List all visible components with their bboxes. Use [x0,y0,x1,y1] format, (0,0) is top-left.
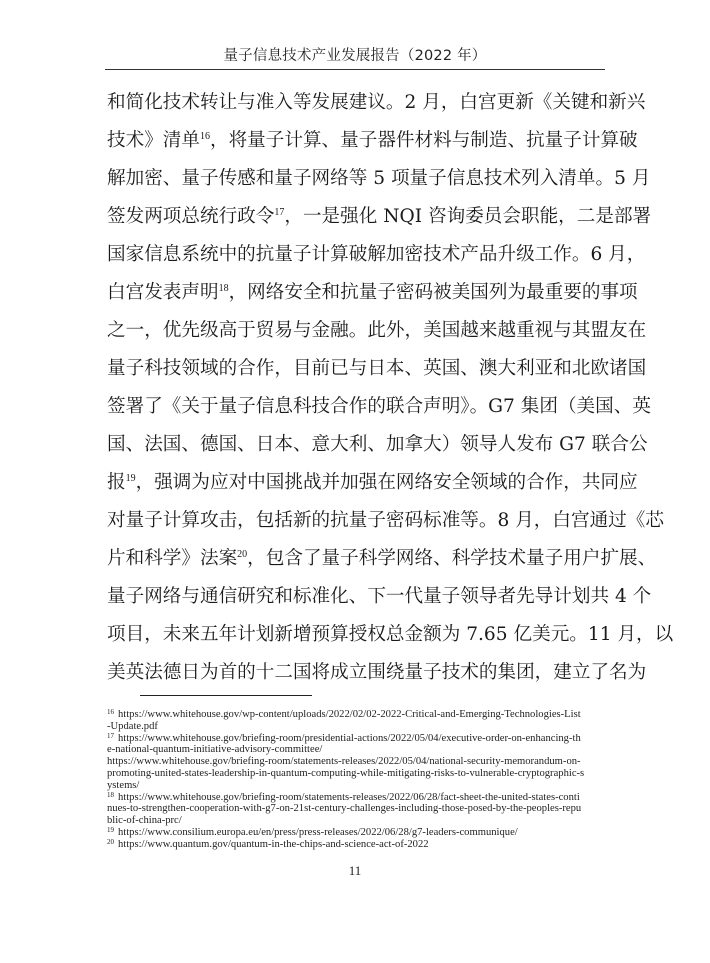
footnote-ref-17[interactable]: 17 [274,207,284,218]
footnotes: 16https://www.whitehouse.gov/wp-content/… [107,709,607,851]
footnote-link[interactable]: nues-to-strengthen-cooperation-with-g7-o… [107,803,607,815]
body-line: 美英法德日为首的十二国将成立围绕量子技术的集团，建立了名为 [107,654,607,692]
line-text: ，网络安全和抗量子密码被美国列为最重要的事项 [229,282,638,303]
footnote-ref-16[interactable]: 16 [200,131,210,142]
line-text: 片和科学》法案 [107,548,237,569]
body-line: 之一，优先级高于贸易与金融。此外，美国越来越重视与其盟友在 [107,312,607,350]
footnote-16: 16https://www.whitehouse.gov/wp-content/… [107,709,607,733]
footnote-number: 19 [107,827,114,834]
body-line: 签署了《关于量子信息科技合作的联合声明》。G7 集团（美国、英 [107,388,607,426]
body-line: 签发两项总统行政令17，一是强化 NQI 咨询委员会职能，二是部署 [107,198,607,236]
footnote-link[interactable]: https://www.whitehouse.gov/briefing-room… [118,792,580,803]
line-text: 签发两项总统行政令 [107,206,274,227]
line-text: ，强调为应对中国挑战并加强在网络安全领域的合作，共同应 [136,472,638,493]
footnote-link[interactable]: ystems/ [107,780,607,792]
footnote-19: 19https://www.consilium.europa.eu/en/pre… [107,827,607,839]
body-line: 量子科技领域的合作，目前已与日本、英国、澳大利亚和北欧诸国 [107,350,607,388]
footnote-link[interactable]: https://www.quantum.gov/quantum-in-the-c… [118,839,429,850]
body-line: 量子网络与通信研究和标准化、下一代量子领导者先导计划共 4 个 [107,578,607,616]
footnote-ref-20[interactable]: 20 [237,549,247,560]
line-text: 报 [107,472,126,493]
footnote-link[interactable]: promoting-united-states-leadership-in-qu… [107,768,607,780]
line-text: 白宫发表声明 [107,282,219,303]
footnote-link[interactable]: -Update.pdf [107,721,607,733]
footnote-ref-18[interactable]: 18 [219,283,229,294]
header-rule [105,69,605,70]
body-line: 和简化技术转让与准入等发展建议。2 月，白宫更新《关键和新兴 [107,84,607,122]
footnote-number: 18 [107,792,114,799]
footnote-number: 16 [107,709,114,716]
page-number: 11 [0,863,710,879]
footnote-18: 18https://www.whitehouse.gov/briefing-ro… [107,792,607,827]
footnote-separator [140,695,312,696]
body-line: 白宫发表声明18，网络安全和抗量子密码被美国列为最重要的事项 [107,274,607,312]
document-page: 量子信息技术产业发展报告（2022 年） 和简化技术转让与准入等发展建议。2 月… [0,0,710,963]
body-line: 国家信息系统中的抗量子计算破解加密技术产品升级工作。6 月， [107,236,607,274]
footnote-number: 17 [107,733,114,740]
line-text: ，一是强化 NQI 咨询委员会职能，二是部署 [284,206,651,227]
footnote-link[interactable]: blic-of-china-prc/ [107,815,607,827]
footnote-link[interactable]: https://www.whitehouse.gov/briefing-room… [107,756,607,768]
body-line: 项目，未来五年计划新增预算授权总金额为 7.65 亿美元。11 月，以 [107,616,607,654]
running-header: 量子信息技术产业发展报告（2022 年） [105,46,605,66]
body-line: 国、法国、德国、日本、意大利、加拿大）领导人发布 G7 联合公 [107,426,607,464]
footnote-link[interactable]: https://www.whitehouse.gov/wp-content/up… [118,709,581,720]
footnote-link[interactable]: e-national-quantum-initiative-advisory-c… [107,744,607,756]
line-text: 技术》清单 [107,130,200,151]
body-line: 对量子计算攻击，包括新的抗量子密码标准等。8 月，白宫通过《芯 [107,502,607,540]
footnote-20: 20https://www.quantum.gov/quantum-in-the… [107,839,607,851]
footnote-link[interactable]: https://www.whitehouse.gov/briefing-room… [118,733,581,744]
body-line: 解加密、量子传感和量子网络等 5 项量子信息技术列入清单。5 月 [107,160,607,198]
body-line: 报19，强调为应对中国挑战并加强在网络安全领域的合作，共同应 [107,464,607,502]
line-text: ，将量子计算、量子器件材料与制造、抗量子计算破 [210,130,638,151]
footnote-17: 17https://www.whitehouse.gov/briefing-ro… [107,733,607,792]
footnote-link[interactable]: https://www.consilium.europa.eu/en/press… [118,827,518,838]
line-text: ，包含了量子科学网络、科学技术量子用户扩展、 [247,548,656,569]
body-line: 片和科学》法案20，包含了量子科学网络、科学技术量子用户扩展、 [107,540,607,578]
footnote-ref-19[interactable]: 19 [126,473,136,484]
body-paragraph: 和简化技术转让与准入等发展建议。2 月，白宫更新《关键和新兴 技术》清单16，将… [107,84,607,692]
body-line: 技术》清单16，将量子计算、量子器件材料与制造、抗量子计算破 [107,122,607,160]
footnote-number: 20 [107,839,114,846]
